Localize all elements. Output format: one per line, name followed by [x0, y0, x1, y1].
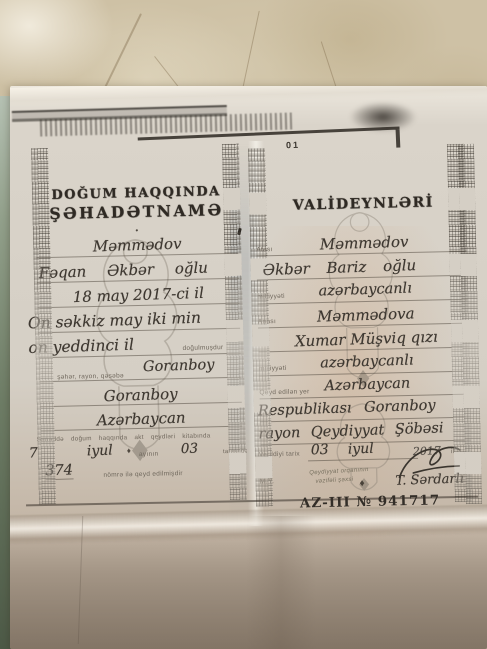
- district: Goranboy: [33, 382, 247, 407]
- birth-certificate-panel: DOĞUM HAQQINDA ŞƏHADƏTNAMƏ • Məmmədov Fə…: [28, 144, 250, 505]
- bottom-shadow: [10, 532, 487, 649]
- parents-panel: VALİDEYNLƏRİ Atası Məmmədov Əkbər Bariz …: [246, 143, 486, 506]
- place-label: şəhər, rayon, qəsəbə: [57, 372, 124, 381]
- act-month: iyul: [87, 442, 113, 459]
- act-day: 03: [181, 441, 199, 458]
- act-year: 7: [29, 445, 38, 461]
- ornament-diamond-icon: ♦: [359, 478, 364, 489]
- act-number-label: nömrə ilə qeyd edilmişdir: [103, 470, 183, 479]
- act-month-label: ayının: [139, 451, 159, 458]
- photocopy-sheet: 01 DOĞUM HAQQINDA ŞƏHADƏTNAMƏ •: [10, 86, 487, 649]
- ornament-diamond-icon: ♦: [127, 446, 131, 455]
- country: Azərbaycan: [34, 406, 248, 431]
- parents-title: VALİDEYNLƏRİ: [247, 193, 479, 214]
- photo-scene: 01 DOĞUM HAQQINDA ŞƏHADƏTNAMƏ •: [0, 0, 487, 649]
- born-label: doğulmuşdur: [182, 344, 223, 352]
- issue-day: 03: [311, 442, 329, 459]
- birth-place: Goranboy: [143, 357, 215, 375]
- issue-month: iyul: [348, 441, 374, 458]
- certificate-title-line2: ŞƏHADƏTNAMƏ: [29, 200, 243, 224]
